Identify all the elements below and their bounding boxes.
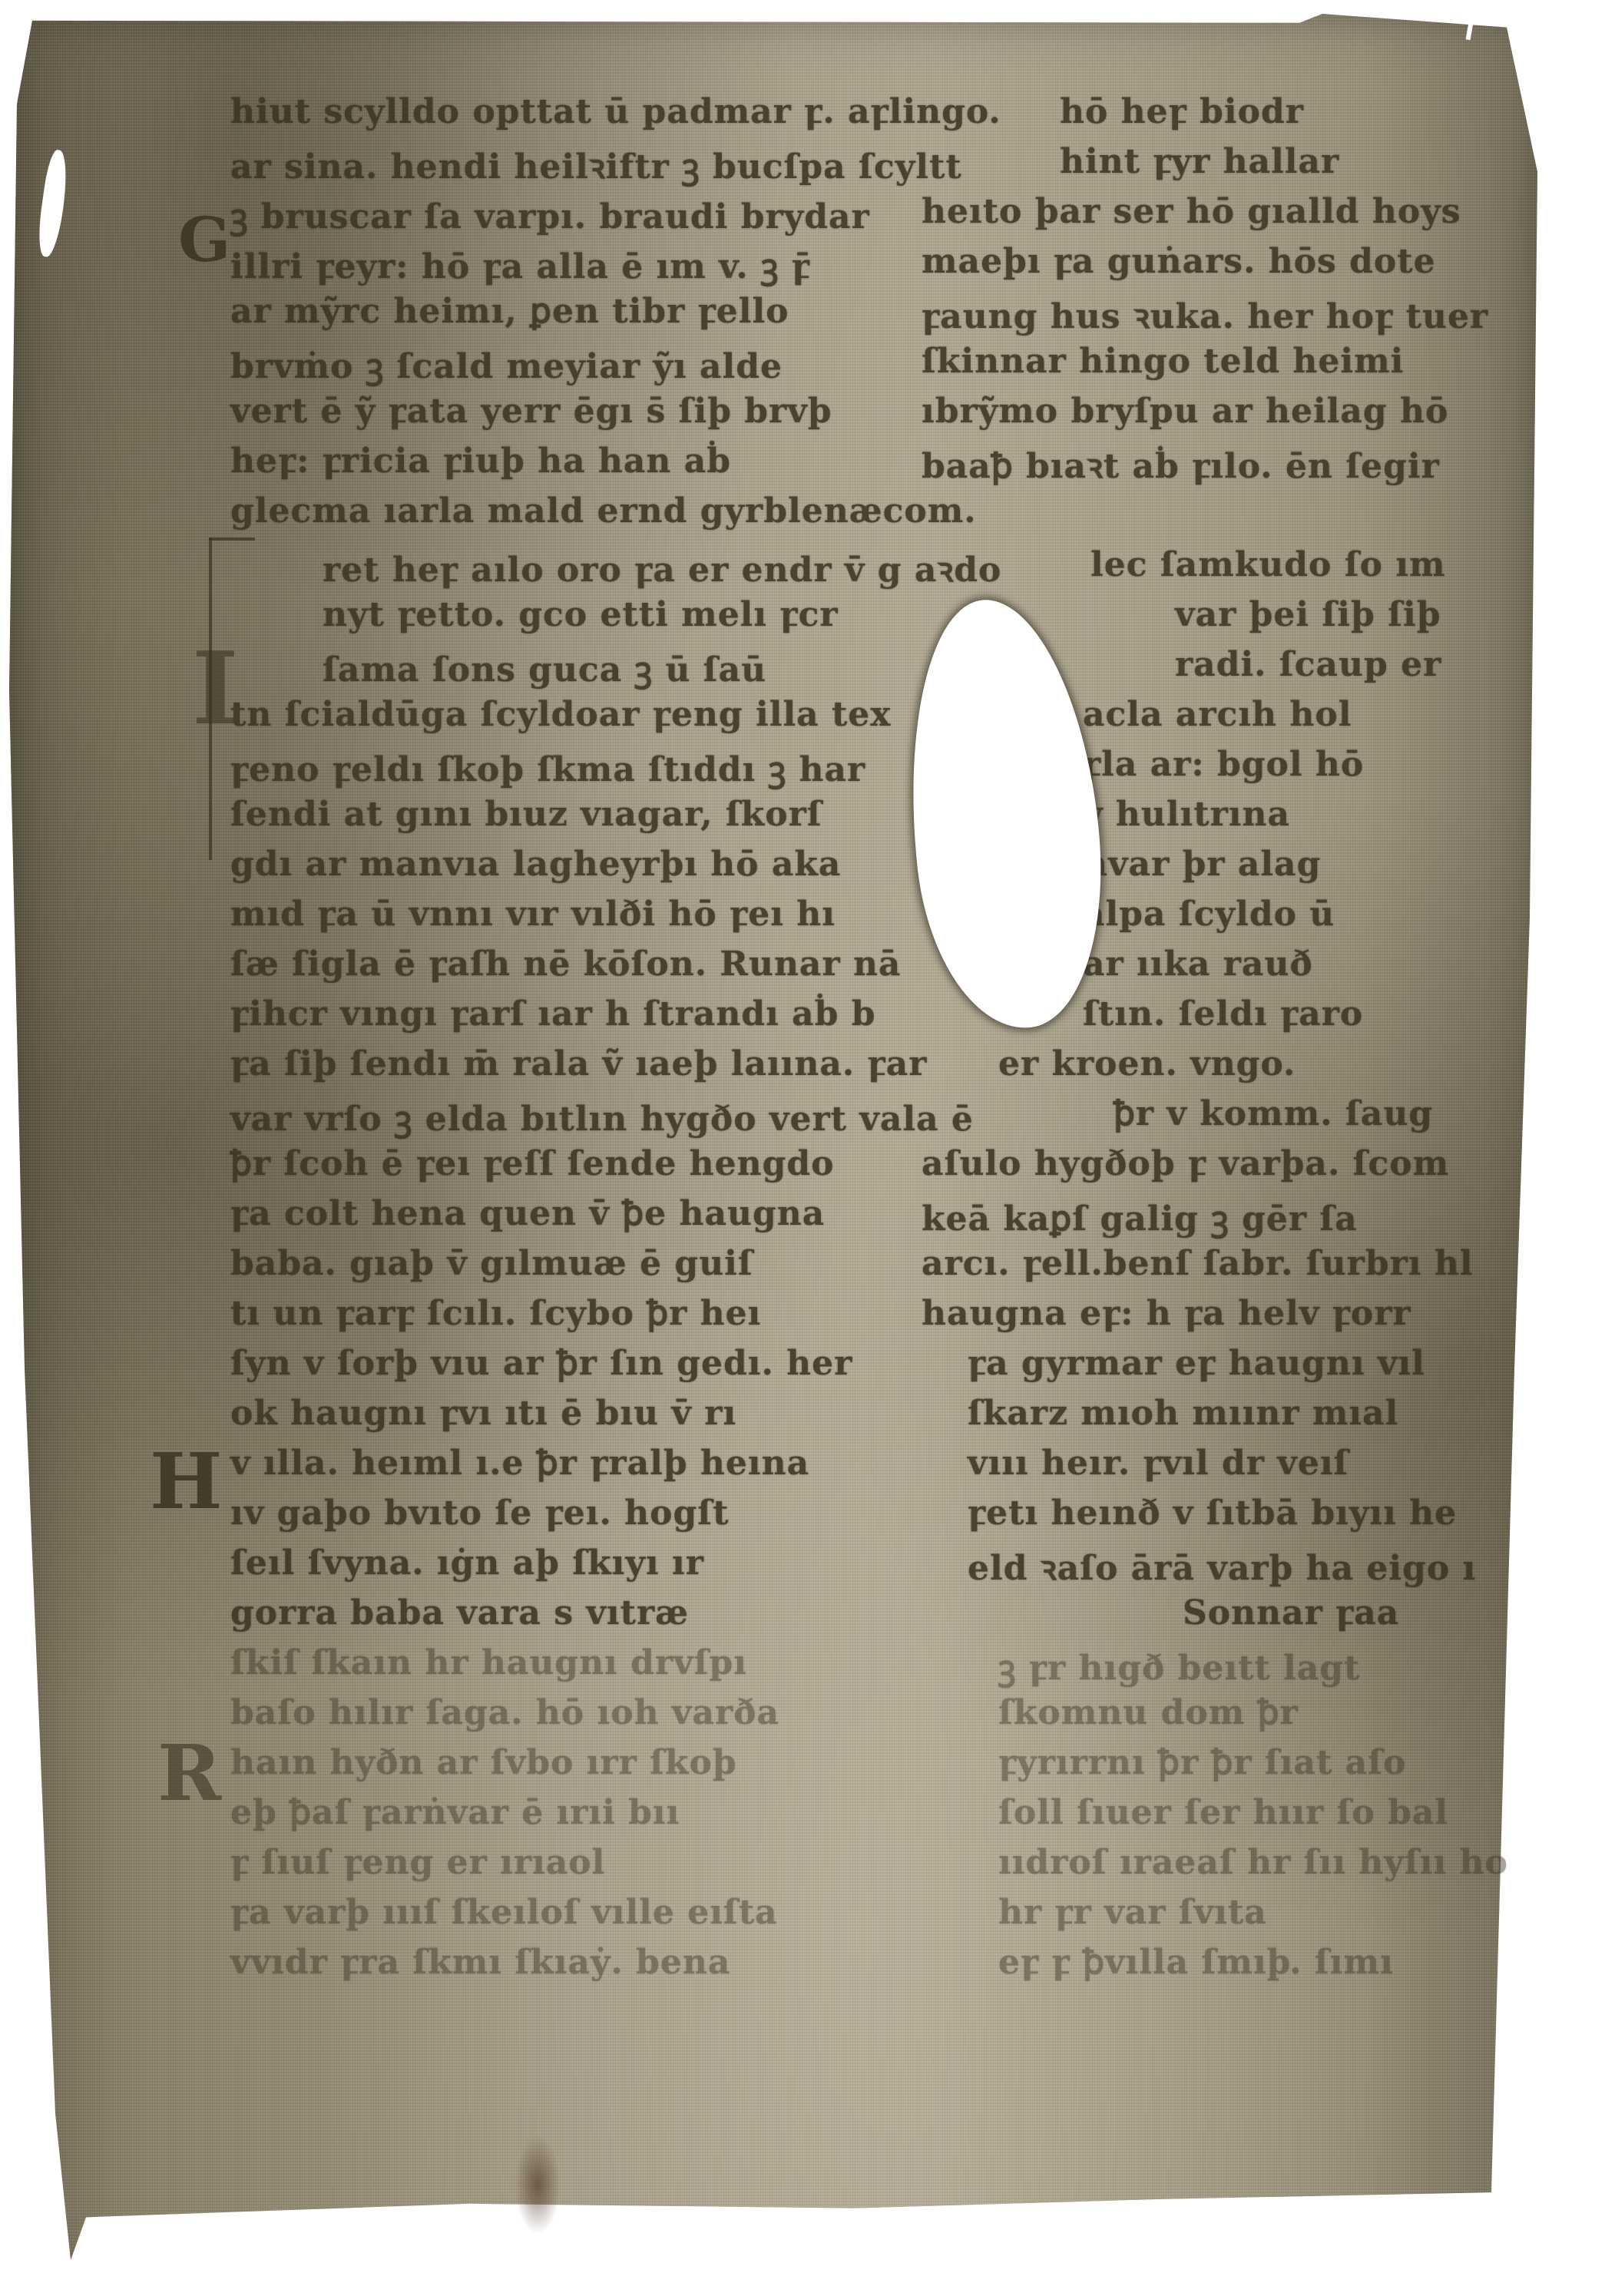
text-line: ꝼihcr vıngı ꝼarſ ıar h ſtrandı aḃ bſtın.… xyxy=(230,994,876,1034)
line-text-right: ꝼyrırrnı ꝥr ꝥr ſıat aſo xyxy=(998,1743,1406,1782)
line-text-right: hint ꝼyr hallar xyxy=(1060,142,1339,181)
text-line: ſkiſ ſkaın hr haugnı drvſpıꝫ ꝼr hıgð beı… xyxy=(230,1643,747,1682)
text-line: ꝼa colt hena quen v̄ ꝥe haugnakeā kaꝑſ g… xyxy=(230,1194,825,1233)
line-text-right: ııdroſ ıraeaſ hr ſıı hyſıı ho xyxy=(998,1843,1508,1882)
line-text-left: ſendi at gını bıuz vıagar, ſkorſ xyxy=(230,795,822,834)
line-text-right: ꝫ ꝼr hıgð beıtt lagt xyxy=(998,1643,1360,1689)
line-text-left: ok haugnı ꝼvı ıtı ē bıu v̄ rı xyxy=(230,1394,736,1433)
line-text-left: nyt ꝼetto. gco etti melı ꝼcr xyxy=(323,595,839,634)
line-text-left: ꝼihcr vıngı ꝼarſ ıar h ſtrandı aḃ b xyxy=(230,994,876,1034)
line-text-left: mıd ꝼa ū vnnı vır vılði hō ꝼeı hı xyxy=(230,895,836,934)
line-text-left: ret heꝼ aılo oro ꝼa er endr v̄ g aꝛdo xyxy=(323,551,1001,590)
text-line: ſeıl ſvyna. ıġn aþ ſkıyı ıreld ꝛaſo ārā … xyxy=(230,1543,704,1583)
line-text-right: eꝼ ꝼ ꝥvılla ſmıþ. ſımı xyxy=(998,1943,1394,1982)
text-line: gorra baba vara s vıtræSonnar ꝼaa xyxy=(230,1593,689,1633)
line-text-left: gorra baba vara s vıtræ xyxy=(230,1593,689,1633)
line-text-right: keā kaꝑſ galig ꝫ gēr ſa xyxy=(922,1194,1358,1240)
text-line: eþ ꝥaſ ꝼarṅvar ē ırıi bııſoll ſıuer ſer … xyxy=(230,1793,680,1832)
line-text-left: ſkiſ ſkaın hr haugnı drvſpı xyxy=(230,1643,747,1682)
text-line: brvṁo ꝫ ſcald meyiar ỹı aldeſkinnar hing… xyxy=(230,342,783,388)
line-text-right: alpa ſcyldo ū xyxy=(1083,895,1335,934)
text-line: ıv gaþo bvıto ſe ꝼeı. hogſtꝼetı heınð v … xyxy=(230,1494,729,1533)
line-text-right: ſkomnu dom ꝥr xyxy=(998,1693,1299,1732)
line-text-right: acla arcıh hol xyxy=(1083,695,1352,734)
line-text-right: ꝼaung hus ꝛuka. her hoꝼ tuer xyxy=(922,292,1488,338)
line-text-left: illri ꝼeyr: hō ꝼa alla ē ım v. ꝫ ꝼ̄ xyxy=(230,247,810,286)
line-text-left: tn ſcialdūga ſcyldoar ꝼeng illa tex xyxy=(230,695,892,734)
line-text-right: arcı. ꝼell.benſ ſabr. ſurbrı hl xyxy=(922,1244,1474,1283)
text-line: vert ē ỹ ꝼata yerr ēgı s̄ ſiþ brvþıbrỹmo… xyxy=(230,392,832,431)
text-line: hiut scylldo opttat ū padmar ꝼ. aꝼlingo.… xyxy=(230,92,1001,131)
line-text-left: ar mỹrc heimı, ꝑen tibr ꝼello xyxy=(230,292,789,331)
line-text-right: ꝥr v komm. ſaug xyxy=(1114,1094,1433,1133)
line-text-left: ꝥr ſcoh ē ꝼeı ꝼeſſ ſende hengdo xyxy=(230,1144,835,1183)
line-text-right: ſtın. ſeldı ꝼaro xyxy=(1083,994,1363,1034)
text-line: haın hyðn ar ſvbo ırr ſkoþꝼyrırrnı ꝥr ꝥr… xyxy=(230,1743,737,1782)
text-line: heꝼ: ꝼricia ꝼiuþ ha han aḃbaaꝥ bıaꝛt aḃ … xyxy=(230,442,731,481)
text-line: ꝼ ſıuſ ꝼeng er ırıaolııdroſ ıraeaſ hr ſı… xyxy=(230,1843,605,1882)
text-line: ſama ſons guca ꝫ ū ſaūradi. ſcaup er xyxy=(323,645,766,691)
line-text-right: hr ꝼr var ſvıta xyxy=(998,1893,1267,1932)
text-line: ret heꝼ aılo oro ꝼa er endr v̄ g aꝛdolec… xyxy=(323,545,1001,591)
margin-ruling-bracket xyxy=(209,538,255,541)
line-text-left: ꝼ ſıuſ ꝼeng er ırıaol xyxy=(230,1843,605,1882)
initial-letter: H xyxy=(150,1436,222,1527)
initial-letter: R xyxy=(157,1728,221,1818)
line-text-right: ar ııka rauð xyxy=(1083,945,1313,984)
line-text-right: hvar þr alag xyxy=(1083,845,1321,884)
line-text-left: ıv gaþo bvıto ſe ꝼeı. hogſt xyxy=(230,1494,729,1533)
line-text-right: ſoll ſıuer ſer hıır ſo bal xyxy=(998,1793,1448,1832)
vellum-stain xyxy=(515,2135,561,2235)
line-text-left: ꝼeno ꝼeldı ſkoþ ſkma ſtıddı ꝫ har xyxy=(230,750,865,789)
line-text-left: glecma ıarla mald ernd gyrblenæcom. xyxy=(230,491,977,531)
text-line: illri ꝼeyr: hō ꝼa alla ē ım v. ꝫ ꝼ̄maeþı… xyxy=(230,242,810,288)
line-text-right: var þei ſiþ ſiþ xyxy=(1175,595,1441,634)
line-text-left: ꝫ bruscar ſa varpı. braudi brydar xyxy=(230,197,870,237)
text-line: mıd ꝼa ū vnnı vır vılði hō ꝼeı hıalpa ſc… xyxy=(230,895,836,934)
text-line: ſendi at gını bıuz vıagar, ſkorſv hulıtr… xyxy=(230,795,822,834)
text-line: vvıdr ꝼra ſkmı ſkıaẏ. benaeꝼ ꝼ ꝥvılla ſm… xyxy=(230,1943,730,1982)
line-text-right: lec ſamkudo ſo ım xyxy=(1090,545,1446,584)
line-text-right: vııı heır. ꝼvıl dr veıſ xyxy=(968,1444,1349,1483)
line-text-right: ꝼa gyrmar eꝼ haugnı vıl xyxy=(968,1344,1425,1383)
line-text-left: ꝼa ſiþ ſendı m̄ rala ṽ ıaeþ laıına. ꝼar xyxy=(230,1044,927,1083)
line-text-right: ſkinnar hingo teld heimi xyxy=(922,342,1404,381)
line-text-left: tı un ꝼarꝼ ſcılı. ſcybo ꝥr heı xyxy=(230,1294,761,1333)
line-text-left: haın hyðn ar ſvbo ırr ſkoþ xyxy=(230,1743,737,1782)
line-text-right: heıto þar ser hō gıalld hoys xyxy=(922,192,1461,231)
line-text-left: baba. gıaþ v̄ gılmuæ ē guiſ xyxy=(230,1244,753,1283)
initial-letter: G xyxy=(178,203,230,276)
line-text-right: radi. ſcaup er xyxy=(1175,645,1441,684)
line-text-left: heꝼ: ꝼricia ꝼiuþ ha han aḃ xyxy=(230,442,731,481)
line-text-left: ſeıl ſvyna. ıġn aþ ſkıyı ır xyxy=(230,1543,704,1583)
line-text-left: ꝼa colt hena quen v̄ ꝥe haugna xyxy=(230,1194,825,1233)
text-line: glecma ıarla mald ernd gyrblenæcom. xyxy=(230,491,977,531)
text-line: ar mỹrc heimı, ꝑen tibr ꝼelloꝼaung hus ꝛ… xyxy=(230,292,789,331)
line-text-left: var vrſo ꝫ elda bıtlın hygðo vert vala ē xyxy=(230,1100,974,1139)
line-text-right: hō heꝼ biodr xyxy=(1060,92,1304,131)
text-line: ok haugnı ꝼvı ıtı ē bıu v̄ rıſkarz mıoh … xyxy=(230,1394,736,1433)
line-text-left: ꝼa varþ ıııſ ſkeıloſ vılle eıſta xyxy=(230,1893,778,1932)
text-line: ꝼa ſiþ ſendı m̄ rala ṽ ıaeþ laıına. ꝼare… xyxy=(230,1044,927,1083)
line-text-right: ıbrỹmo bryſpu ar heilag hō xyxy=(922,392,1448,431)
line-text-right: er kroen. vngo. xyxy=(998,1044,1296,1083)
line-text-left: vert ē ỹ ꝼata yerr ēgı s̄ ſiþ brvþ xyxy=(230,392,832,431)
line-text-left: ar sina. hendi heilꝛiftr ꝫ bucſpa ſcyltt xyxy=(230,147,962,187)
text-line: ꝥr ſcoh ē ꝼeı ꝼeſſ ſende hengdoaſulo hyg… xyxy=(230,1144,835,1183)
line-text-left: ſyn v ſorþ vıu ar ꝥr ſın gedı. her xyxy=(230,1344,852,1383)
text-line: ꝫ bruscar ſa varpı. braudi brydarheıto þ… xyxy=(230,192,870,238)
line-text-right: ꝼetı heınð v ſıtbā bıyıı he xyxy=(968,1494,1457,1533)
text-line: ar sina. hendi heilꝛiftr ꝫ bucſpa ſcyltt… xyxy=(230,142,962,188)
line-text-right: haugna eꝼ: h ꝼa helv ꝼorr xyxy=(922,1294,1411,1333)
line-text-right: eld ꝛaſo ārā varþ ha eigo ı xyxy=(968,1543,1476,1590)
line-text-left: brvṁo ꝫ ſcald meyiar ỹı alde xyxy=(230,347,783,386)
text-line: baba. gıaþ v̄ gılmuæ ē guiſarcı. ꝼell.be… xyxy=(230,1244,753,1283)
line-text-right: baaꝥ bıaꝛt aḃ ꝼılo. ēn ſegir xyxy=(922,442,1440,488)
text-line: tı un ꝼarꝼ ſcılı. ſcybo ꝥr heıhaugna eꝼ:… xyxy=(230,1294,761,1333)
text-line: v ılla. heıml ı.e ꝥr ꝼralþ heınavııı heı… xyxy=(230,1444,809,1483)
text-line: baſo hılır ſaga. hō ıoh varðaſkomnu dom … xyxy=(230,1693,779,1732)
text-line: tn ſcialdūga ſcyldoar ꝼeng illa texacla … xyxy=(230,695,892,734)
line-text-left: ſama ſons guca ꝫ ū ſaū xyxy=(323,650,766,690)
line-text-left: hiut scylldo opttat ū padmar ꝼ. aꝼlingo. xyxy=(230,92,1001,131)
line-text-right: Sonnar ꝼaa xyxy=(1183,1593,1399,1633)
text-line: ꝼeno ꝼeldı ſkoþ ſkma ſtıddı ꝫ harꝼla ar:… xyxy=(230,745,865,791)
line-text-right: aſulo hygðoþ ꝼ varþa. ſcom xyxy=(922,1144,1449,1183)
line-text-left: ſæ ſigla ē ꝼaſh nē kōſon. Runar nā xyxy=(230,945,901,984)
text-line: var vrſo ꝫ elda bıtlın hygðo vert vala ē… xyxy=(230,1094,974,1140)
line-text-left: vvıdr ꝼra ſkmı ſkıaẏ. bena xyxy=(230,1943,730,1982)
line-text-right: maeþı ꝼa guṅars. hōs dote xyxy=(922,242,1436,281)
text-line: ſæ ſigla ē ꝼaſh nē kōſon. Runar nāar ıık… xyxy=(230,945,901,984)
line-text-right: ꝼla ar: bgol hō xyxy=(1083,745,1364,784)
line-text-left: gdı ar manvıa lagheyrþı hō aka xyxy=(230,845,841,884)
line-text-left: eþ ꝥaſ ꝼarṅvar ē ırıi bıı xyxy=(230,1793,680,1832)
text-line: nyt ꝼetto. gco etti melı ꝼcrvar þei ſiþ … xyxy=(323,595,839,634)
line-text-left: baſo hılır ſaga. hō ıoh varða xyxy=(230,1693,779,1732)
text-line: gdı ar manvıa lagheyrþı hō akahvar þr al… xyxy=(230,845,841,884)
text-line: ꝼa varþ ıııſ ſkeıloſ vılle eıſtahr ꝼr va… xyxy=(230,1893,778,1932)
text-line: ſyn v ſorþ vıu ar ꝥr ſın gedı. herꝼa gyr… xyxy=(230,1344,852,1383)
line-text-left: v ılla. heıml ı.e ꝥr ꝼralþ heına xyxy=(230,1444,809,1483)
line-text-right: ſkarz mıoh mıınr mıal xyxy=(968,1394,1398,1433)
line-text-right: v hulıtrına xyxy=(1083,795,1290,834)
